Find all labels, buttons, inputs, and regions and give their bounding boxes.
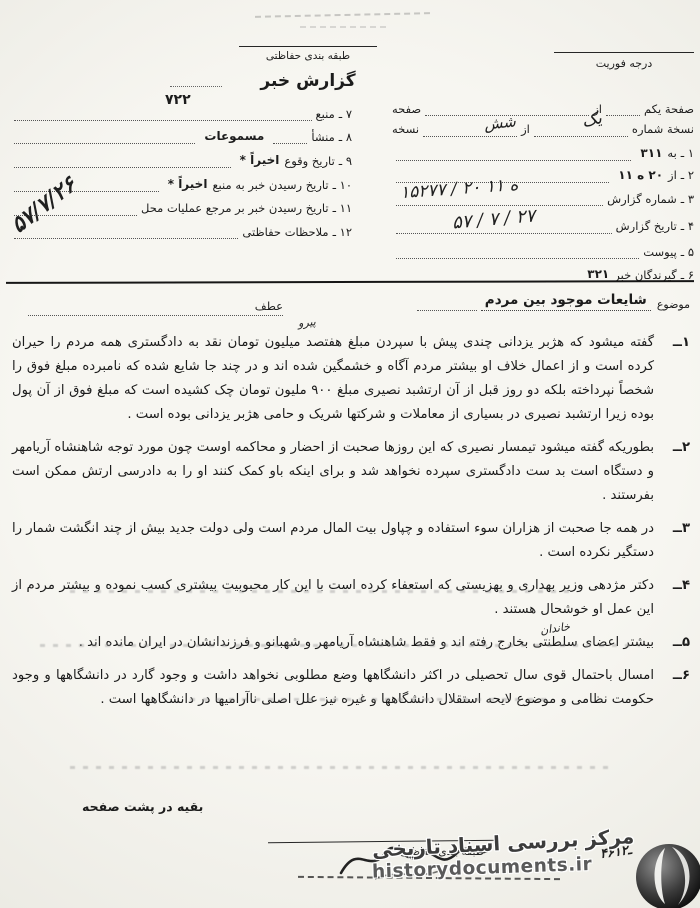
- field-number: ۱ ـ: [681, 146, 694, 160]
- report-body: ۱ــ گفته میشود که هژبر یزدانی چندی پیش ب…: [12, 331, 690, 721]
- copy-total-handwriting: شش: [483, 113, 516, 135]
- scan-artifact: [300, 26, 386, 28]
- paragraph-number: ۵ــ: [654, 631, 690, 655]
- field-value: اخیراً *: [168, 177, 208, 192]
- scan-artifact: [255, 12, 430, 18]
- field-row: ۴ ـ تاریخ گزارش ۵۷ / ۷ / ۲۷: [392, 219, 694, 233]
- section-divider: [6, 280, 694, 284]
- scanned-document-page: طبقه بندی حفاظتی گزارش خبر درجه فوریت صف…: [0, 0, 700, 908]
- dotted-leader: [273, 132, 307, 144]
- continue-note: بقیه در پشت صفحه: [82, 799, 203, 814]
- field-number: ۷ ـ: [339, 107, 352, 121]
- fields-right-column: صفحة یکم از صفحه نسخة شماره از نسخه یک ش…: [392, 102, 694, 282]
- dotted-leader: [396, 149, 631, 161]
- field-label: منبع: [316, 107, 335, 121]
- subject-label: موضوع: [657, 298, 690, 311]
- field-label: تاریخ رسیدن خبر بر مرجع عملیات محل: [141, 201, 329, 215]
- bleedthrough-mark: [40, 644, 640, 647]
- reference-label: عطف: [255, 299, 283, 313]
- dotted-leader: [14, 109, 312, 121]
- reference-line: عطف: [28, 299, 283, 316]
- field-label: ملاحظات حفاظتی: [242, 225, 328, 239]
- field-value: ۲۰ ه ۱۱: [618, 168, 663, 183]
- field-label: تاریخ رسیدن خبر به منبع: [212, 178, 328, 192]
- followup-note-handwriting: پیرو: [297, 315, 316, 330]
- urgency-label: درجه فوریت: [554, 53, 694, 70]
- field-label: منشأ: [311, 130, 334, 144]
- paragraph-text: بطوریکه گفته میشود تیمسار نصیری که این ر…: [12, 436, 654, 508]
- classification-label: طبقه بندی حفاظتی: [228, 47, 388, 62]
- field-row: ۵ ـ پیوست: [392, 245, 694, 259]
- title-dotted-leader: [170, 86, 222, 87]
- body-paragraph: ۵ــ بیشتر اعضای سلطنتی بخارج رفته اند و …: [12, 631, 690, 655]
- field-number: ۴ ـ: [681, 219, 694, 233]
- field-label: شماره گزارش: [607, 192, 677, 206]
- field-number: ۱۰ ـ: [333, 178, 352, 192]
- field-row: ۱۲ ـ ملاحظات حفاظتی: [10, 225, 352, 239]
- paragraph-number: ۱ــ: [654, 331, 690, 427]
- field-label: به: [667, 146, 676, 160]
- copy-number-line: نسخة شماره از نسخه یک شش: [392, 122, 694, 136]
- paragraph-text: دکتر مژدهی وزیر بهداری و بهزیستی که استع…: [12, 574, 654, 622]
- field-value: ۳۱۱: [640, 146, 662, 161]
- field-label: تاریخ وقوع: [284, 154, 334, 168]
- source-code-value: ۷۲۲: [165, 92, 191, 108]
- urgency-block: درجه فوریت: [554, 52, 694, 70]
- dotted-leader: [14, 156, 231, 168]
- copy-line-lead: نسخة شماره: [632, 122, 694, 136]
- dotted-leader: [606, 104, 640, 116]
- page-line-trail: صفحه: [392, 102, 421, 116]
- field-label: تاریخ گزارش: [616, 219, 677, 233]
- field-number: ۱۲ ـ: [333, 225, 352, 239]
- field-number: ۸ ـ: [339, 130, 352, 144]
- field-label: پیوست: [643, 245, 677, 259]
- field-number: ۵ ـ: [681, 245, 694, 259]
- dotted-leader: [396, 247, 639, 259]
- page-number-line: صفحة یکم از صفحه: [392, 102, 694, 116]
- paragraph-text: گفته میشود که هژبر یزدانی چندی پیش با سپ…: [12, 331, 654, 427]
- body-paragraph: ۶ــ امسال باحتمال قوی سال تحصیلی در اکثر…: [12, 664, 690, 712]
- dotted-leader: [417, 299, 477, 311]
- field-row: ۷ ـ منبع: [10, 107, 352, 121]
- copy-line-of: از: [521, 122, 530, 136]
- body-paragraph: ۲ــ بطوریکه گفته میشود تیمسار نصیری که ا…: [12, 436, 690, 508]
- report-title: گزارش خبر: [228, 71, 388, 91]
- subject-line: موضوع شایعات موجود بین مردم: [360, 292, 690, 311]
- paragraph-number: ۴ــ: [654, 574, 690, 622]
- header-classification-block: طبقه بندی حفاظتی گزارش خبر: [228, 46, 388, 91]
- field-row: ۸ ـ منشأ مسموعات: [10, 129, 352, 144]
- field-number: ۲ ـ: [681, 168, 694, 182]
- field-row: ۱ ـ به ۳۱۱: [392, 146, 694, 161]
- page-line-lead: صفحة یکم: [644, 102, 694, 116]
- insertion-handwriting: خاندان: [538, 615, 571, 643]
- field-value: اخیراً *: [240, 153, 280, 168]
- paragraph-number: ۲ــ: [654, 436, 690, 508]
- dotted-leader: [534, 125, 628, 137]
- paragraph-number: ۶ــ: [654, 664, 690, 712]
- field-row: ۹ ـ تاریخ وقوع اخیراً *: [10, 153, 352, 168]
- subject-value: شایعات موجود بین مردم: [481, 292, 651, 311]
- paragraph-text: در همه جا صحبت از هزاران سوء استفاده و چ…: [12, 517, 654, 565]
- bleedthrough-mark: [190, 698, 550, 701]
- field-number: ۹ ـ: [339, 154, 352, 168]
- body-paragraph: ۴ــ دکتر مژدهی وزیر بهداری و بهزیستی که …: [12, 574, 690, 622]
- field-value: مسموعات: [204, 129, 264, 144]
- fields-left-column: ۷۲۲ ۷ ـ منبع ۸ ـ منشأ مسموعات ۹ ـ تاریخ …: [10, 95, 352, 239]
- field-label: از: [668, 168, 677, 182]
- dotted-leader: [14, 132, 195, 144]
- watermark-block: مرکز بررسی اسناد تاریخی historydocuments…: [372, 831, 634, 878]
- dotted-leader: [14, 180, 159, 192]
- paragraph-text: امسال باحتمال قوی سال تحصیلی در اکثر دان…: [12, 664, 654, 712]
- bleedthrough-mark: [70, 766, 610, 769]
- bleedthrough-mark: [70, 590, 570, 593]
- field-row: ۳ ـ شماره گزارش ۱۵۲۷۷ / ۲۰ ه ۱۱: [392, 192, 694, 206]
- field-number: ۳ ـ: [681, 192, 694, 206]
- field-number: ۱۱ ـ: [333, 201, 352, 215]
- body-paragraph: ۱ــ گفته میشود که هژبر یزدانی چندی پیش ب…: [12, 331, 690, 427]
- paragraph-number: ۳ــ: [654, 517, 690, 565]
- copy-line-trail: نسخه: [392, 122, 419, 136]
- archive-logo-icon: [634, 842, 700, 908]
- dotted-leader: [14, 227, 238, 239]
- body-paragraph: ۳ــ در همه جا صحبت از هزاران سوء استفاده…: [12, 517, 690, 565]
